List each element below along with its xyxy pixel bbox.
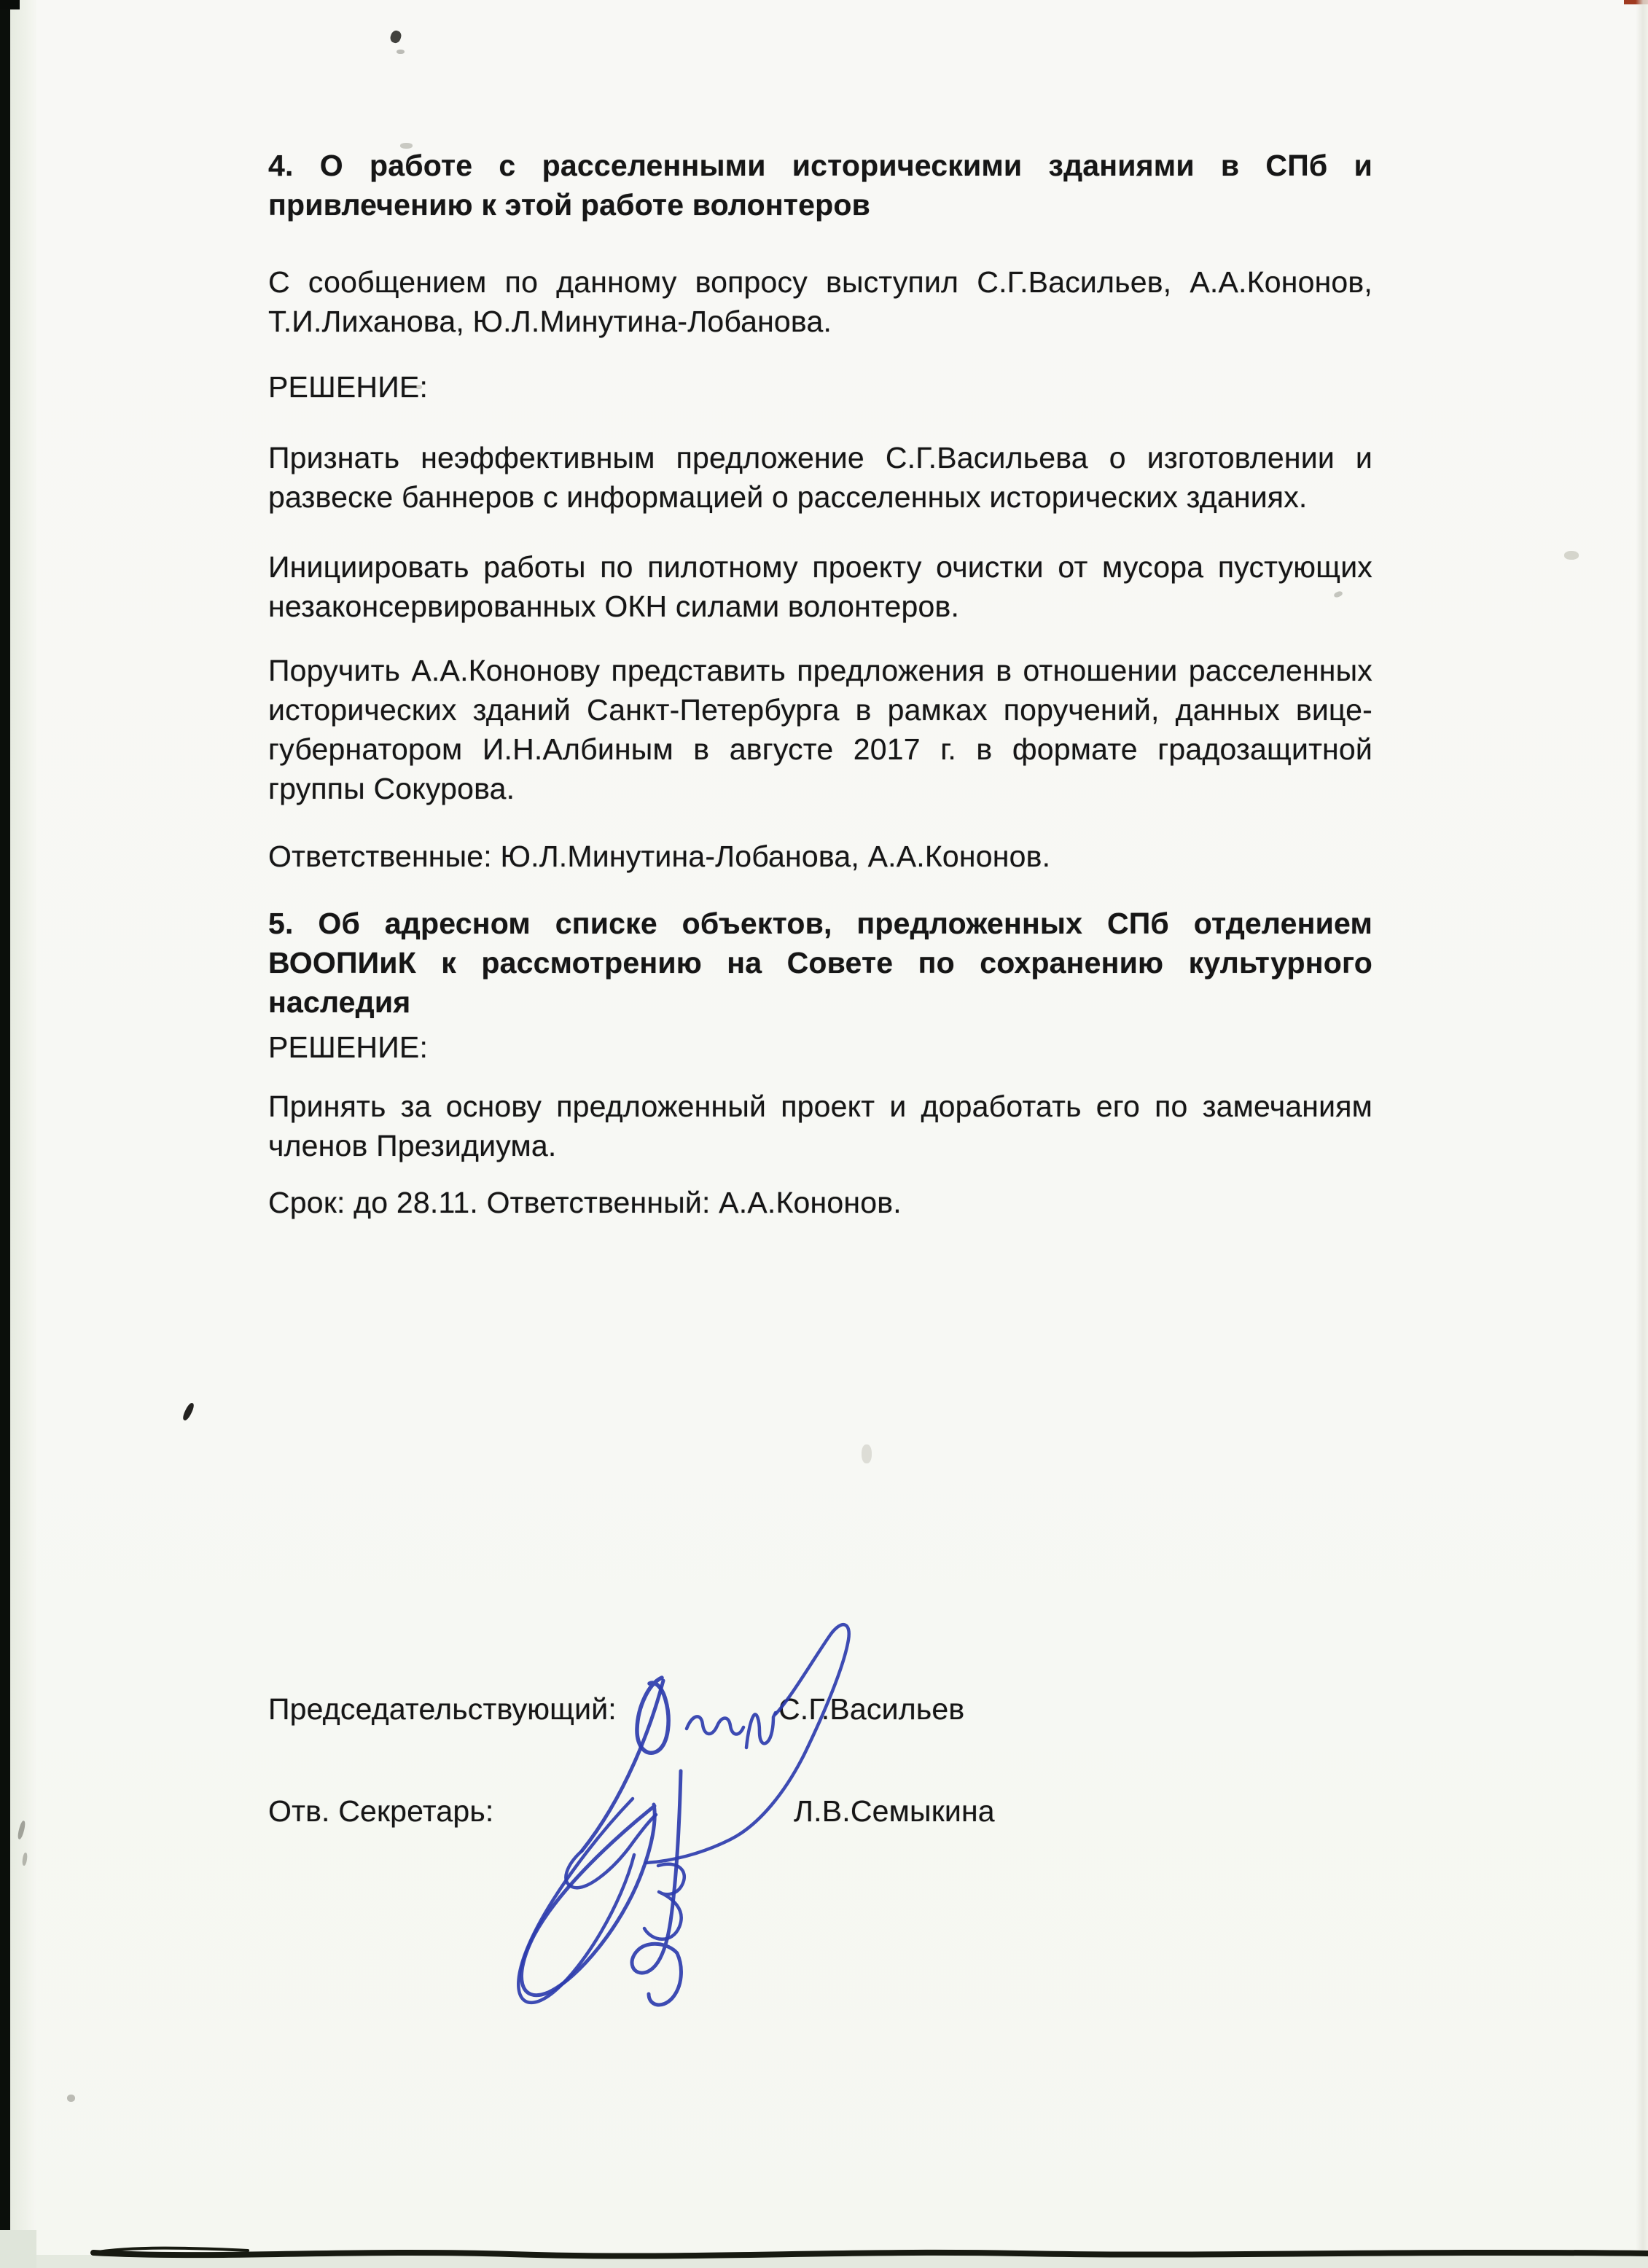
text-line: развеске баннеров с информацией о рассел…: [268, 477, 1372, 517]
text-line: Поручить А.А.Кононову представить предло…: [268, 651, 1372, 690]
heading-line: 5. Об адресном списке объектов, предложе…: [268, 904, 1372, 943]
secretary-name: Л.В.Семыкина: [794, 1791, 995, 1831]
secretary-signature-ink: [518, 1771, 684, 2005]
section-4-speakers: С сообщением по данному вопросу выступил…: [268, 262, 1372, 341]
section-5-deadline: Срок: до 28.11. Ответственный: А.А.Конон…: [268, 1183, 1372, 1222]
section-4-decision-label: РЕШЕНИЕ:: [268, 367, 1372, 407]
text-line: исторических зданий Санкт-Петербурга в р…: [268, 690, 1372, 730]
text-line: членов Президиума.: [268, 1126, 1372, 1165]
chairman-signature-ink: [566, 1624, 848, 1888]
text-line: Инициировать работы по пилотному проекту…: [268, 547, 1372, 587]
scan-speck: [397, 50, 405, 54]
section-4-responsible: Ответственные: Ю.Л.Минутина-Лобанова, А.…: [268, 837, 1372, 876]
text-line: РЕШЕНИЕ:: [268, 367, 1372, 407]
section-4-resolution-3: Поручить А.А.Кононову представить предло…: [268, 651, 1372, 808]
text-line: Принять за основу предложенный проект и …: [268, 1087, 1372, 1126]
text-line: Т.И.Лиханова, Ю.Л.Минутина-Лобанова.: [268, 302, 1372, 341]
scan-bottom-edge-wedge: [93, 2248, 248, 2253]
text-line: Срок: до 28.11. Ответственный: А.А.Конон…: [268, 1183, 1372, 1222]
section-5-heading: 5. Об адресном списке объектов, предложе…: [268, 904, 1372, 1022]
section-5-resolution: Принять за основу предложенный проект и …: [268, 1087, 1372, 1165]
text-line: РЕШЕНИЕ:: [268, 1028, 1372, 1067]
text-line: незаконсервированных ОКН силами волонтер…: [268, 587, 1372, 626]
text-line: Признать неэффективным предложение С.Г.В…: [268, 438, 1372, 477]
text-line: группы Сокурова.: [268, 769, 1372, 808]
section-4-heading: 4. О работе с расселенными историческими…: [268, 146, 1372, 224]
scan-bottom-band: [0, 2255, 1648, 2268]
scan-speck: [862, 1444, 872, 1463]
section-4-resolution-1: Признать неэффективным предложение С.Г.В…: [268, 438, 1372, 517]
heading-line: 4. О работе с расселенными историческими…: [268, 146, 1372, 185]
scan-speck: [181, 1401, 195, 1421]
heading-line: ВООПИиК к рассмотрению на Совете по сохр…: [268, 943, 1372, 982]
scan-left-light-band: [10, 0, 36, 2268]
scan-top-left-corner: [0, 0, 20, 9]
scan-speck: [389, 29, 403, 44]
heading-line: привлечению к этой работе волонтеров: [268, 185, 1372, 224]
text-line: Ответственные: Ю.Л.Минутина-Лобанова, А.…: [268, 837, 1372, 876]
text-line: губернатором И.Н.Албиным в августе 2017 …: [268, 730, 1372, 769]
chairman-name: С.Г.Васильев: [778, 1689, 964, 1729]
section-5-decision-label: РЕШЕНИЕ:: [268, 1028, 1372, 1067]
secretary-label: Отв. Секретарь:: [268, 1791, 494, 1831]
scan-left-black-edge: [0, 0, 10, 2256]
section-4-resolution-2: Инициировать работы по пилотному проекту…: [268, 547, 1372, 626]
chairman-label: Председательствующий:: [268, 1689, 617, 1729]
scanned-document-page: { "colors": { "ink": "#2c3cae", "paper":…: [0, 0, 1648, 2268]
heading-line: наследия: [268, 982, 1372, 1022]
text-line: С сообщением по данному вопросу выступил…: [268, 262, 1372, 302]
scan-right-shade: [1636, 0, 1648, 2268]
scan-speck: [1564, 551, 1579, 560]
scan-bottom-left-corner: [0, 2230, 36, 2268]
scan-speck: [67, 2095, 75, 2102]
